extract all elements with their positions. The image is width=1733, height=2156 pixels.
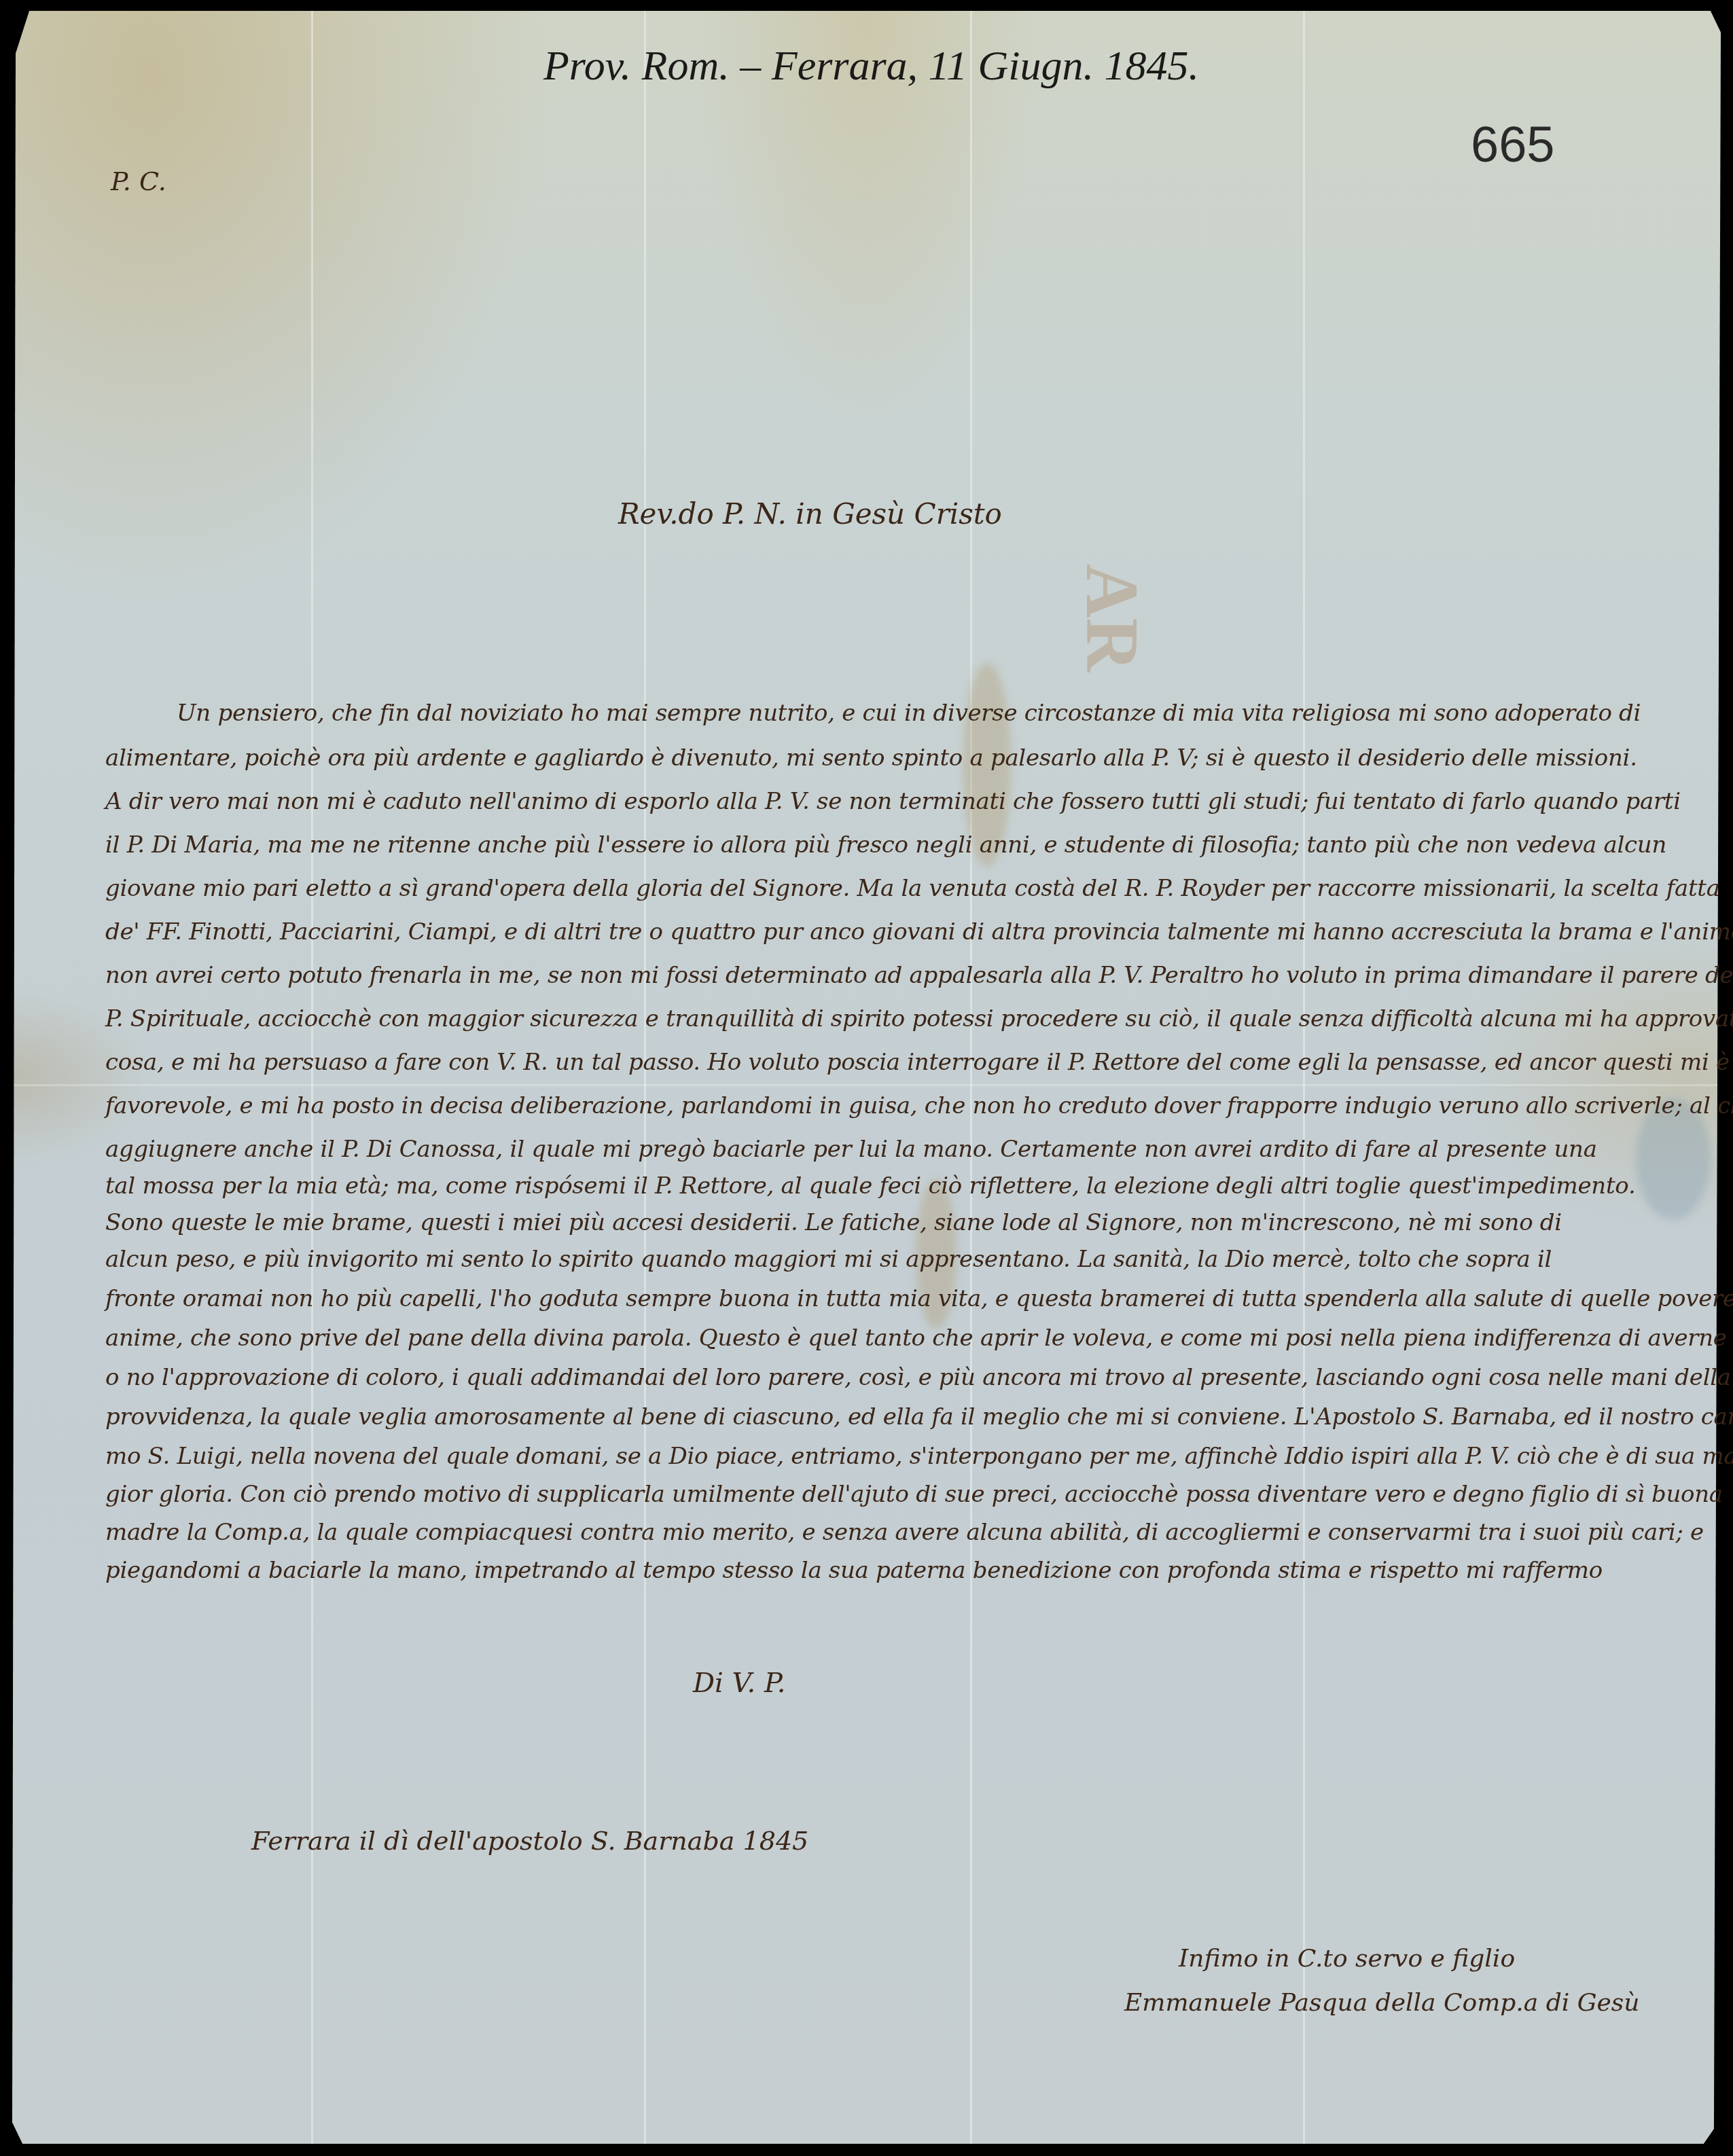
- body-line: de' FF. Finotti, Pacciarini, Ciampi, e d…: [105, 918, 1733, 946]
- body-line: tal mossa per la mia età; ma, come rispó…: [105, 1172, 1635, 1200]
- signature-line-1: Infimo in C.to servo e figlio: [1179, 1945, 1515, 1973]
- archival-header: Prov. Rom. – Ferrara, 11 Giugn. 1845.: [543, 42, 1199, 90]
- corner-mark: P. C.: [111, 166, 166, 196]
- body-line: alimentare, poichè ora più ardente e gag…: [105, 744, 1637, 772]
- body-line: fronte oramai non ho più capelli, l'ho g…: [105, 1285, 1733, 1312]
- body-line: provvidenza, la quale veglia amorosament…: [105, 1403, 1733, 1431]
- body-line: o no l'approvazione di coloro, i quali a…: [105, 1364, 1733, 1391]
- catalog-number: 665: [1471, 115, 1554, 173]
- body-line: P. Spirituale, acciocchè con maggior sic…: [105, 1005, 1733, 1032]
- paper-fold: [1303, 11, 1305, 2144]
- body-line: il P. Di Maria, ma me ne ritenne anche p…: [105, 831, 1666, 859]
- body-line: giovane mio pari eletto a sì grand'opera…: [105, 875, 1720, 902]
- faded-stamp: AR: [1069, 564, 1155, 672]
- paper-fold: [12, 1084, 1721, 1086]
- body-line: gior gloria. Con ciò prendo motivo di su…: [105, 1481, 1723, 1508]
- paper-fold: [644, 11, 646, 2144]
- place-date: Ferrara il dì dell'apostolo S. Barnaba 1…: [251, 1826, 808, 1856]
- paper-fold: [311, 11, 313, 2144]
- body-line: piegandomi a baciarle la mano, impetrand…: [105, 1557, 1603, 1584]
- closing: Di V. P.: [693, 1668, 785, 1699]
- body-line: alcun peso, e più invigorito mi sento lo…: [105, 1246, 1552, 1273]
- body-line: non avrei certo potuto frenarla in me, s…: [105, 962, 1733, 989]
- body-line: favorevole, e mi ha posto in decisa deli…: [105, 1092, 1733, 1119]
- body-line: Sono queste le mie brame, questi i miei …: [105, 1209, 1562, 1236]
- body-line: anime, che sono prive del pane della div…: [105, 1325, 1727, 1352]
- body-line: mo S. Luigi, nella novena del quale doma…: [105, 1443, 1733, 1470]
- body-line: aggiugnere anche il P. Di Canossa, il qu…: [105, 1136, 1597, 1163]
- paper-fold: [970, 11, 972, 2144]
- signature-line-2: Emmanuele Pasqua della Comp.a di Gesù: [1124, 1989, 1639, 2017]
- salutation: Rev.do P. N. in Gesù Cristo: [618, 497, 1002, 531]
- body-line: A dir vero mai non mi è caduto nell'anim…: [105, 788, 1681, 815]
- letter-sheet: [12, 11, 1721, 2144]
- body-line: Un pensiero, che fin dal noviziato ho ma…: [177, 700, 1641, 727]
- body-line: cosa, e mi ha persuaso a fare con V. R. …: [105, 1049, 1733, 1076]
- body-line: madre la Comp.a, la quale compiacquesi c…: [105, 1519, 1704, 1546]
